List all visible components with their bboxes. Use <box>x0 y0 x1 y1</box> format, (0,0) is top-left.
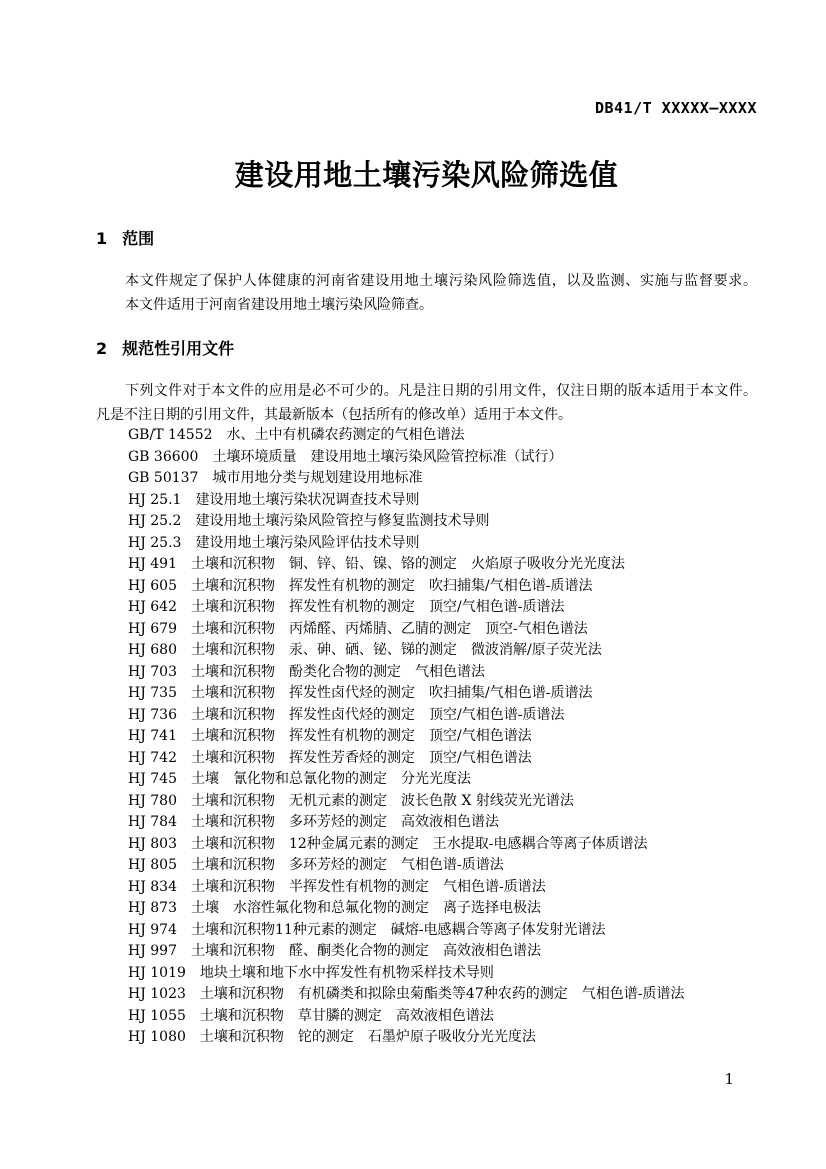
reference-item: HJ 25.1 建设用地土壤污染状况调查技术导则 <box>128 490 818 512</box>
section-2-title: 规范性引用文件 <box>122 339 234 358</box>
reference-item: HJ 491 土壤和沉积物 铜、锌、铅、镍、铬的测定 火焰原子吸收分光光度法 <box>128 554 818 576</box>
section-1-number: 1 <box>96 229 107 248</box>
section-2-heading: 2规范性引用文件 <box>96 340 234 358</box>
reference-item: HJ 680 土壤和沉积物 汞、砷、硒、铋、锑的测定 微波消解/原子荧光法 <box>128 640 818 662</box>
reference-item: HJ 1080 土壤和沉积物 铊的测定 石墨炉原子吸收分光光度法 <box>128 1027 818 1049</box>
reference-item: HJ 679 土壤和沉积物 丙烯醛、丙烯腈、乙腈的测定 顶空-气相色谱法 <box>128 619 818 641</box>
section-1-title: 范围 <box>122 229 154 248</box>
reference-item: HJ 834 土壤和沉积物 半挥发性有机物的测定 气相色谱-质谱法 <box>128 877 818 899</box>
reference-item: GB 36600 土壤环境质量 建设用地土壤污染风险管控标准（试行） <box>128 447 818 469</box>
document-title: 建设用地土壤污染风险筛选值 <box>96 158 757 192</box>
section-2-intro-line: 凡是不注日期的引用文件，其最新版本（包括所有的修改单）适用于本文件。 <box>96 403 757 427</box>
reference-item: HJ 997 土壤和沉积物 醛、酮类化合物的测定 高效液相色谱法 <box>128 941 818 963</box>
reference-item: HJ 741 土壤和沉积物 挥发性有机物的测定 顶空/气相色谱法 <box>128 726 818 748</box>
page-number: 1 <box>724 1071 734 1087</box>
reference-item: HJ 784 土壤和沉积物 多环芳烃的测定 高效液相色谱法 <box>128 812 818 834</box>
reference-item: HJ 25.2 建设用地土壤污染风险管控与修复监测技术导则 <box>128 511 818 533</box>
reference-item: HJ 742 土壤和沉积物 挥发性芳香烃的测定 顶空/气相色谱法 <box>128 748 818 770</box>
reference-item: HJ 745 土壤 氰化物和总氰化物的测定 分光光度法 <box>128 769 818 791</box>
section-1-paragraph: 本文件适用于河南省建设用地土壤污染风险筛查。 <box>96 293 757 317</box>
reference-item: HJ 974 土壤和沉积物11种元素的测定 碱熔-电感耦合等离子体发射光谱法 <box>128 920 818 942</box>
section-2-number: 2 <box>96 339 107 358</box>
reference-item: HJ 642 土壤和沉积物 挥发性有机物的测定 顶空/气相色谱-质谱法 <box>128 597 818 619</box>
reference-item: HJ 735 土壤和沉积物 挥发性卤代烃的测定 吹扫捕集/气相色谱-质谱法 <box>128 683 818 705</box>
section-1-heading: 1范围 <box>96 230 154 248</box>
document-page: DB41/T XXXXX—XXXX 建设用地土壤污染风险筛选值 1范围 本文件规… <box>0 0 826 1169</box>
reference-item: HJ 803 土壤和沉积物 12种金属元素的测定 王水提取-电感耦合等离子体质谱… <box>128 834 818 856</box>
doc-number: DB41/T XXXXX—XXXX <box>96 100 757 116</box>
reference-item: HJ 1019 地块土壤和地下水中挥发性有机物采样技术导则 <box>128 963 818 985</box>
references-list: GB/T 14552 水、土中有机磷农药测定的气相色谱法 GB 36600 土壤… <box>128 425 818 1049</box>
reference-item: HJ 605 土壤和沉积物 挥发性有机物的测定 吹扫捕集/气相色谱-质谱法 <box>128 576 818 598</box>
reference-item: HJ 1023 土壤和沉积物 有机磷类和拟除虫菊酯类等47种农药的测定 气相色谱… <box>128 984 818 1006</box>
reference-item: HJ 703 土壤和沉积物 酚类化合物的测定 气相色谱法 <box>128 662 818 684</box>
reference-item: HJ 25.3 建设用地土壤污染风险评估技术导则 <box>128 533 818 555</box>
section-2-intro-line: 下列文件对于本文件的应用是必不可少的。凡是注日期的引用文件，仅注日期的版本适用于… <box>96 379 757 403</box>
reference-item: HJ 873 土壤 水溶性氟化物和总氟化物的测定 离子选择电极法 <box>128 898 818 920</box>
reference-item: HJ 780 土壤和沉积物 无机元素的测定 波长色散 X 射线荧光光谱法 <box>128 791 818 813</box>
reference-item: HJ 805 土壤和沉积物 多环芳烃的测定 气相色谱-质谱法 <box>128 855 818 877</box>
reference-item: HJ 736 土壤和沉积物 挥发性卤代烃的测定 顶空/气相色谱-质谱法 <box>128 705 818 727</box>
reference-item: GB/T 14552 水、土中有机磷农药测定的气相色谱法 <box>128 425 818 447</box>
section-1-paragraph: 本文件规定了保护人体健康的河南省建设用地土壤污染风险筛选值，以及监测、实施与监督… <box>96 269 757 293</box>
reference-item: HJ 1055 土壤和沉积物 草甘膦的测定 高效液相色谱法 <box>128 1006 818 1028</box>
reference-item: GB 50137 城市用地分类与规划建设用地标准 <box>128 468 818 490</box>
